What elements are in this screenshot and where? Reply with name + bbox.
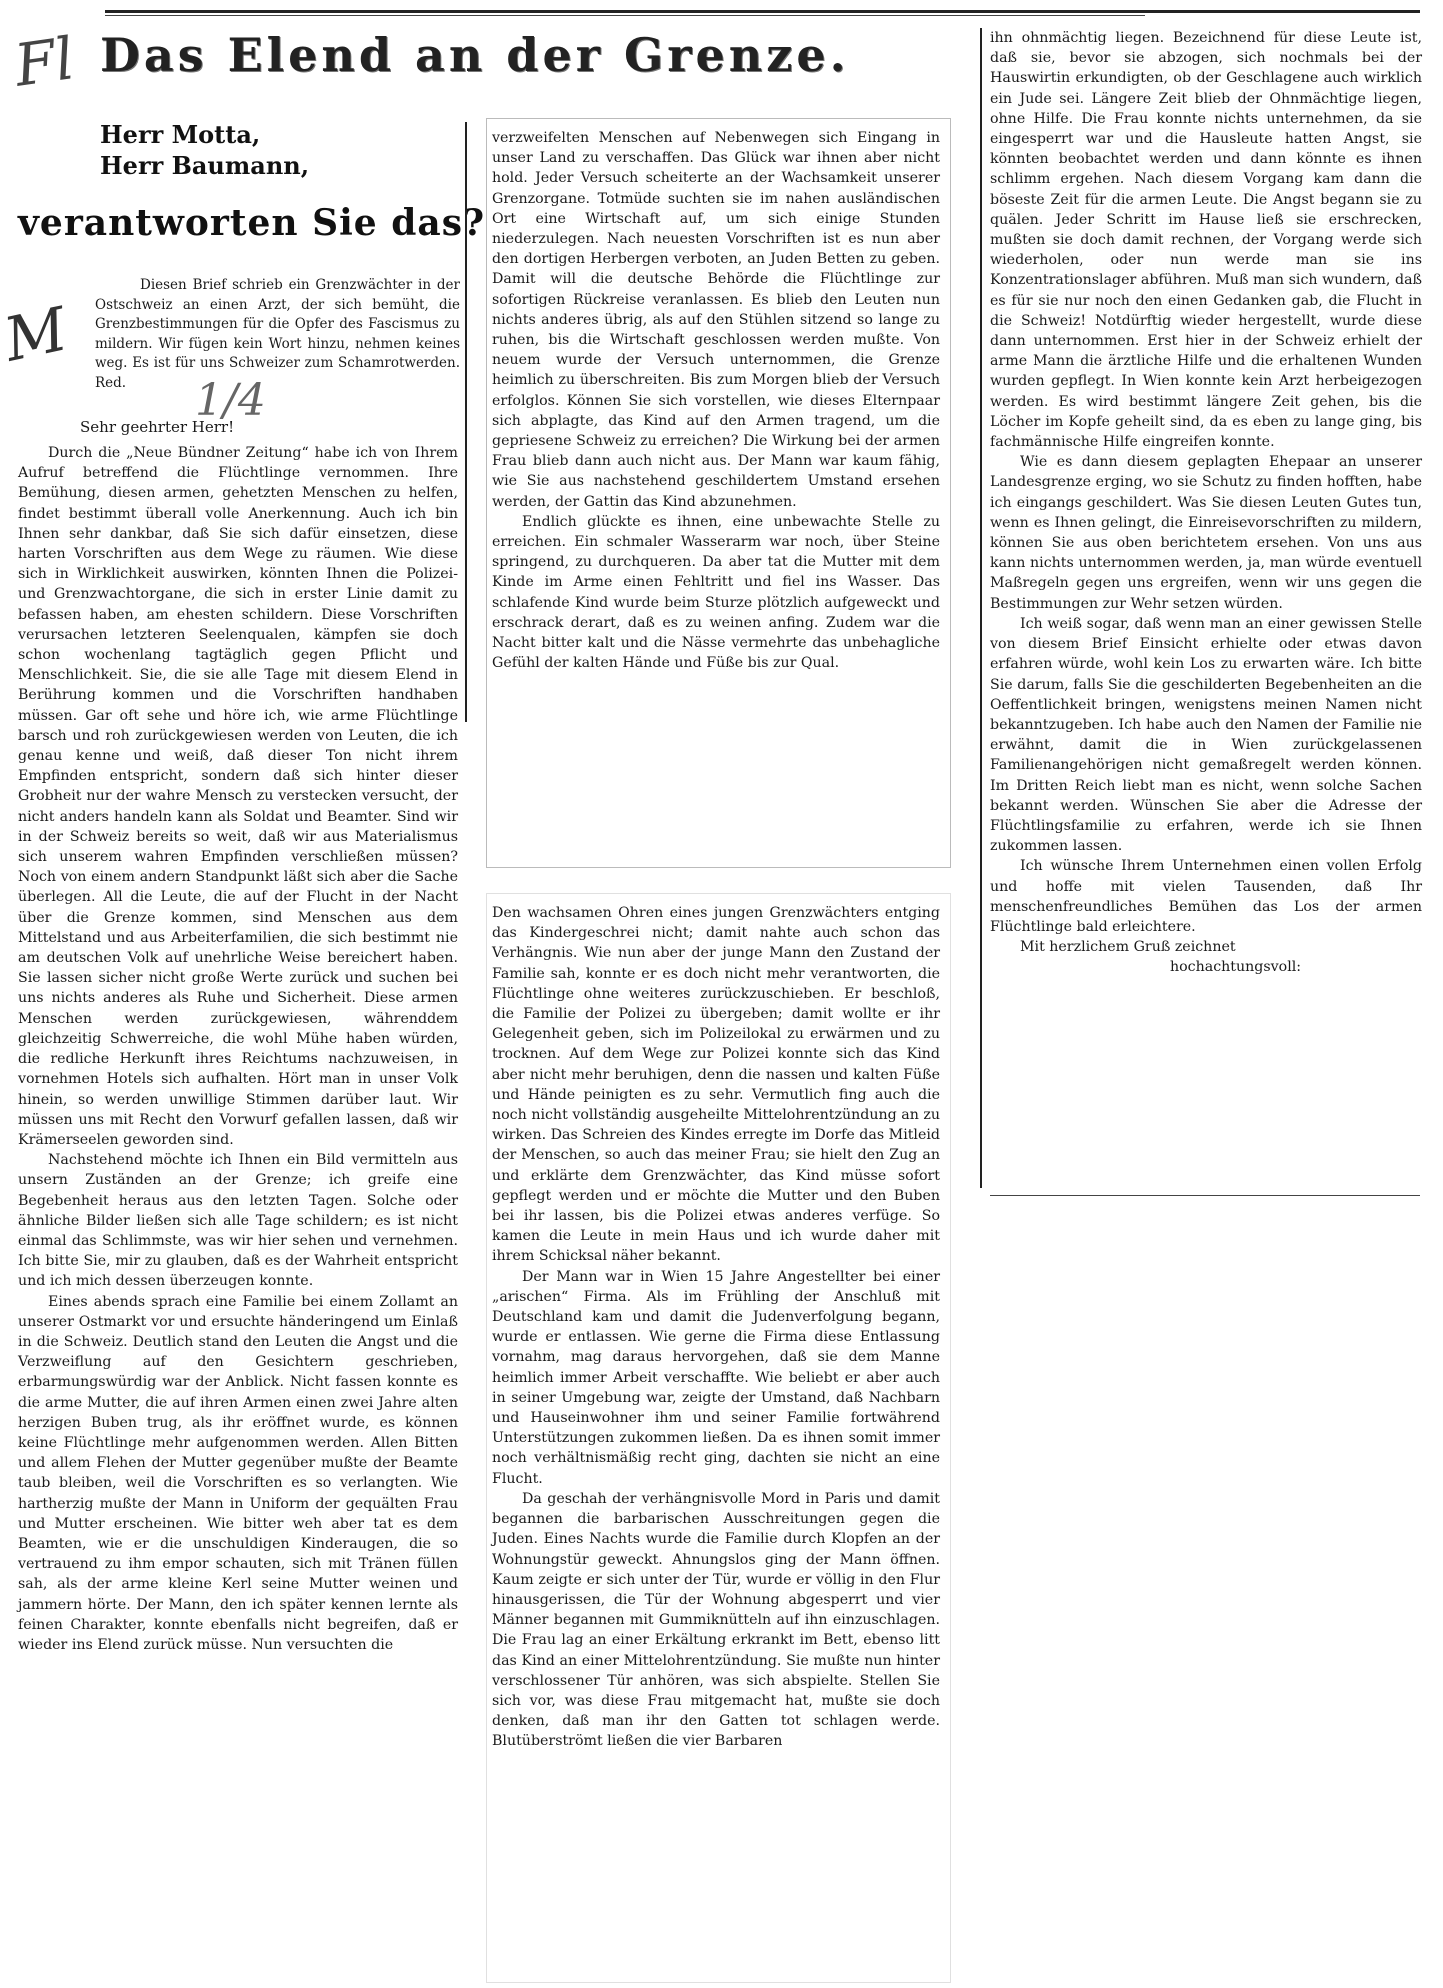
top-rule-thin	[105, 15, 1145, 16]
salutation: Sehr geehrter Herr!	[80, 418, 234, 436]
closing-line-2: hochachtungsvoll:	[990, 957, 1422, 977]
headline-question: verantworten Sie das?	[18, 202, 485, 244]
paragraph: Ich weiß sogar, daß wenn man an einer ge…	[990, 614, 1422, 856]
column-2-bottom: Den wachsamen Ohren eines jungen Grenzwä…	[492, 903, 940, 1752]
column-1: Durch die „Neue Bündner Zeitung“ habe ic…	[18, 443, 458, 1655]
handwritten-mark-m: M	[0, 294, 73, 375]
bottom-rule-right	[990, 1195, 1420, 1196]
column-divider-3	[980, 28, 982, 1188]
paragraph: Durch die „Neue Bündner Zeitung“ habe ic…	[18, 443, 458, 1150]
paragraph: Endlich glückte es ihnen, eine unbewacht…	[492, 512, 940, 674]
paragraph: ihn ohnmächtig liegen. Bezeichnend für d…	[990, 28, 1422, 452]
column-3: ihn ohnmächtig liegen. Bezeichnend für d…	[990, 28, 1422, 978]
paragraph: Ich wünsche Ihrem Unternehmen einen voll…	[990, 856, 1422, 937]
column-divider-1	[465, 122, 467, 722]
editor-note: Diesen Brief schrieb ein Grenzwächter in…	[95, 276, 460, 394]
paragraph: Da geschah der verhängnisvolle Mord in P…	[492, 1489, 940, 1752]
paragraph: verzweifelten Menschen auf Nebenwegen si…	[492, 128, 940, 512]
paragraph: Eines abends sprach eine Familie bei ein…	[18, 1292, 458, 1656]
closing-line-1: Mit herzlichem Gruß zeichnet	[990, 937, 1422, 957]
column-2-top: verzweifelten Menschen auf Nebenwegen si…	[492, 128, 940, 673]
top-rule-right	[970, 10, 1420, 13]
headline: Das Elend an der Grenze.	[100, 28, 860, 82]
paragraph: Nachstehend möchte ich Ihnen ein Bild ve…	[18, 1150, 458, 1291]
paragraph: Der Mann war in Wien 15 Jahre Angestellt…	[492, 1267, 940, 1489]
addressee-1: Herr Motta,	[100, 120, 260, 149]
handwritten-mark-fl: Fl	[11, 24, 79, 100]
paragraph: Den wachsamen Ohren eines jungen Grenzwä…	[492, 903, 940, 1267]
paragraph: Wie es dann diesem geplagten Ehepaar an …	[990, 452, 1422, 614]
addressee-2: Herr Baumann,	[100, 151, 309, 180]
